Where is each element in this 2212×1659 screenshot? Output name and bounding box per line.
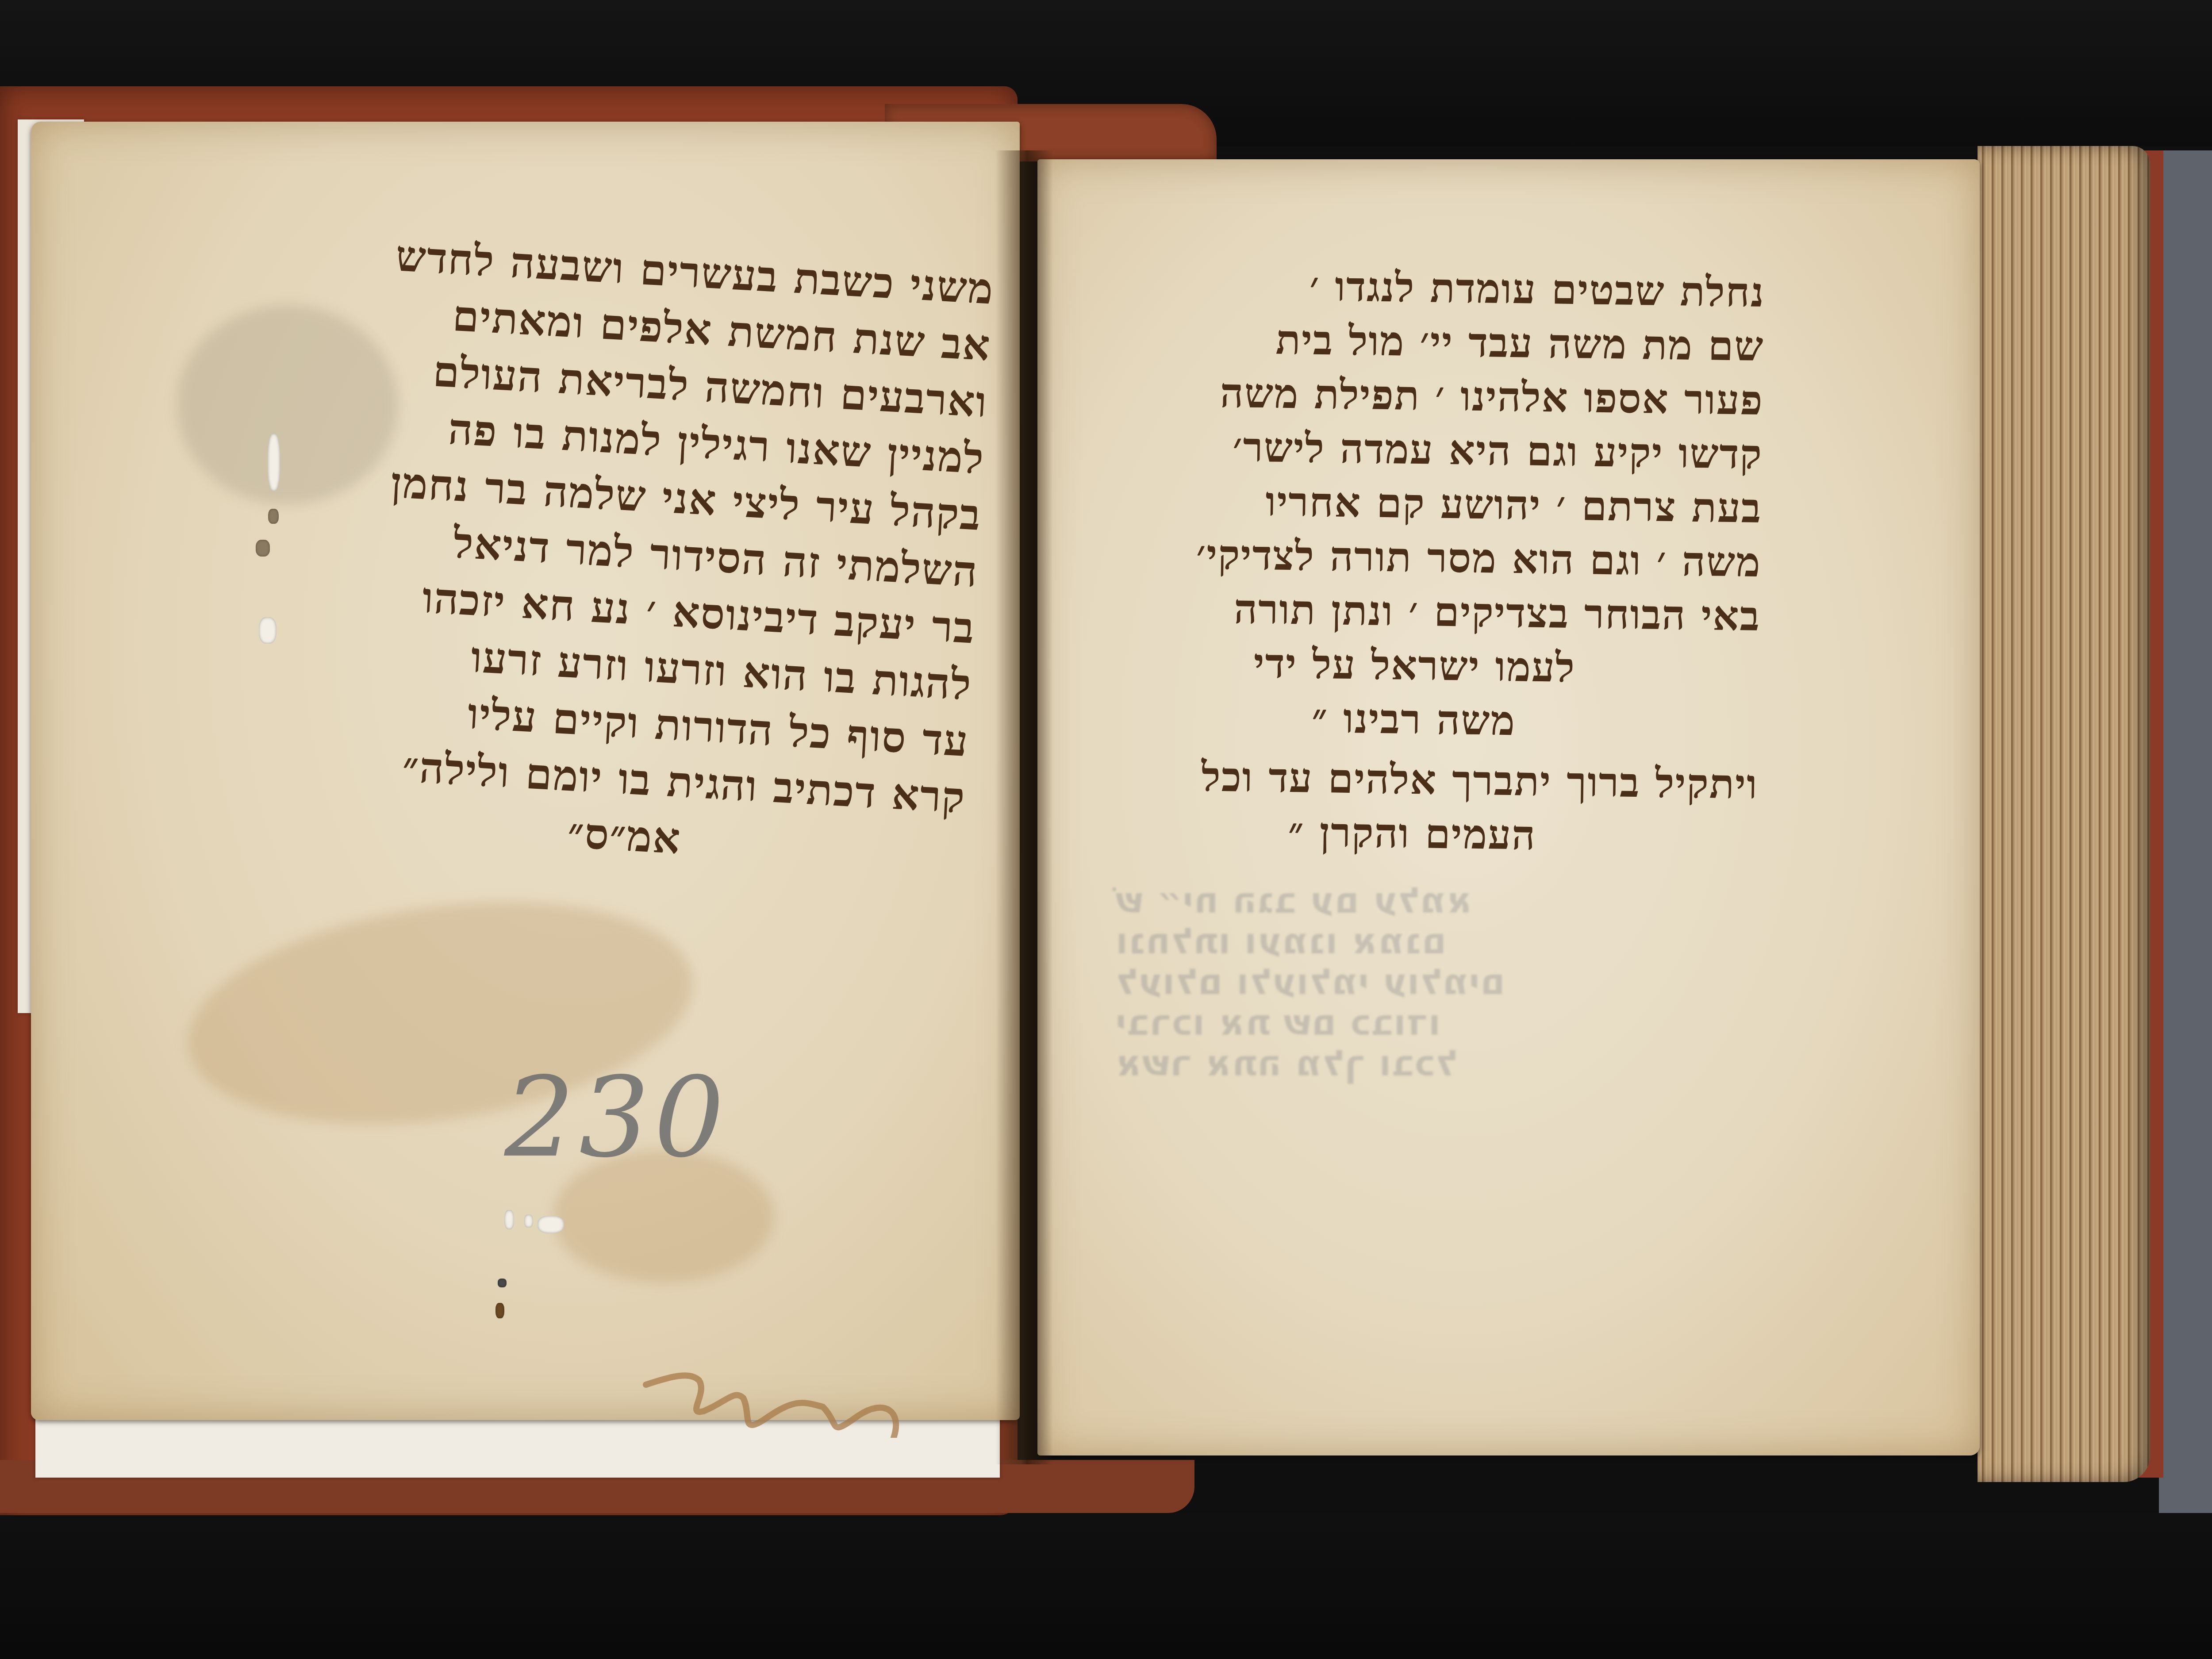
bleed-through-line: אשר אתה מלך ובכל bbox=[1115, 1043, 1734, 1084]
bleed-through-text: שׁ ״יח הגב עם עלמא ונחלתו ועמנו אמנם לעו… bbox=[1115, 880, 1734, 1084]
pencil-folio-number: 230 bbox=[504, 1053, 729, 1182]
prayer-line: משה רבינו ״ bbox=[1068, 687, 1759, 751]
bleed-through-line: ונחלתו ועמנו אמנם bbox=[1115, 921, 1734, 962]
wormhole bbox=[259, 617, 276, 644]
wormhole bbox=[504, 1210, 514, 1229]
prayer-line: לעמו ישראל על ידי bbox=[1069, 634, 1760, 697]
prayer-line: באי הבוחר בצדיקים ׳ ונתן תורה bbox=[1070, 580, 1761, 643]
prayer-line: בעת צרתם ׳ יהושע קם אחריו bbox=[1071, 472, 1763, 535]
ink-spot bbox=[495, 1303, 504, 1318]
page-stack-fore-edge bbox=[1978, 146, 2150, 1482]
book-gutter bbox=[995, 150, 1053, 1464]
wormhole bbox=[256, 540, 270, 557]
wormhole bbox=[268, 509, 279, 524]
colophon-text-block: משני כשבת בעשרים ושבעה לחדש אב שנת חמשת … bbox=[285, 223, 995, 883]
gray-panel-background bbox=[2159, 150, 2212, 1513]
black-cloth-background-bottom bbox=[0, 1513, 2212, 1659]
prayer-line: נחלת שבטים עומדת לנגדו ׳ bbox=[1074, 256, 1765, 319]
wormhole bbox=[538, 1216, 564, 1233]
prayer-line: שם מת משה עבד יי׳ מול בית bbox=[1074, 310, 1765, 373]
prayer-line: קדשו יקיע וגם היא עמדה לישר׳ bbox=[1072, 418, 1763, 481]
bleed-through-line: שׁ ״יח הגב עם עלמא bbox=[1115, 880, 1734, 921]
prayer-line: ויתקיל ברוך יתברך אלהים עד וכל bbox=[1068, 748, 1759, 811]
ink-spot bbox=[498, 1279, 507, 1287]
prayer-line: פעור אספו אלהינו ׳ תפילת משה bbox=[1073, 364, 1764, 427]
bleed-through-line: לעולם ולעולמי עולמים bbox=[1115, 962, 1734, 1002]
wormhole bbox=[524, 1214, 533, 1228]
wormhole bbox=[268, 434, 280, 491]
ink-flourish-scribble bbox=[637, 1349, 973, 1438]
prayer-line: העמים והקרן ״ bbox=[1067, 802, 1758, 865]
prayer-line: משה ׳ וגם הוא מסר תורה לצדיקי׳ bbox=[1071, 526, 1762, 589]
bleed-through-line: יברכו את שם כבודו bbox=[1115, 1002, 1734, 1043]
prayer-text-block: נחלת שבטים עומדת לנגדו ׳ שם מת משה עבד י… bbox=[1067, 256, 1765, 865]
